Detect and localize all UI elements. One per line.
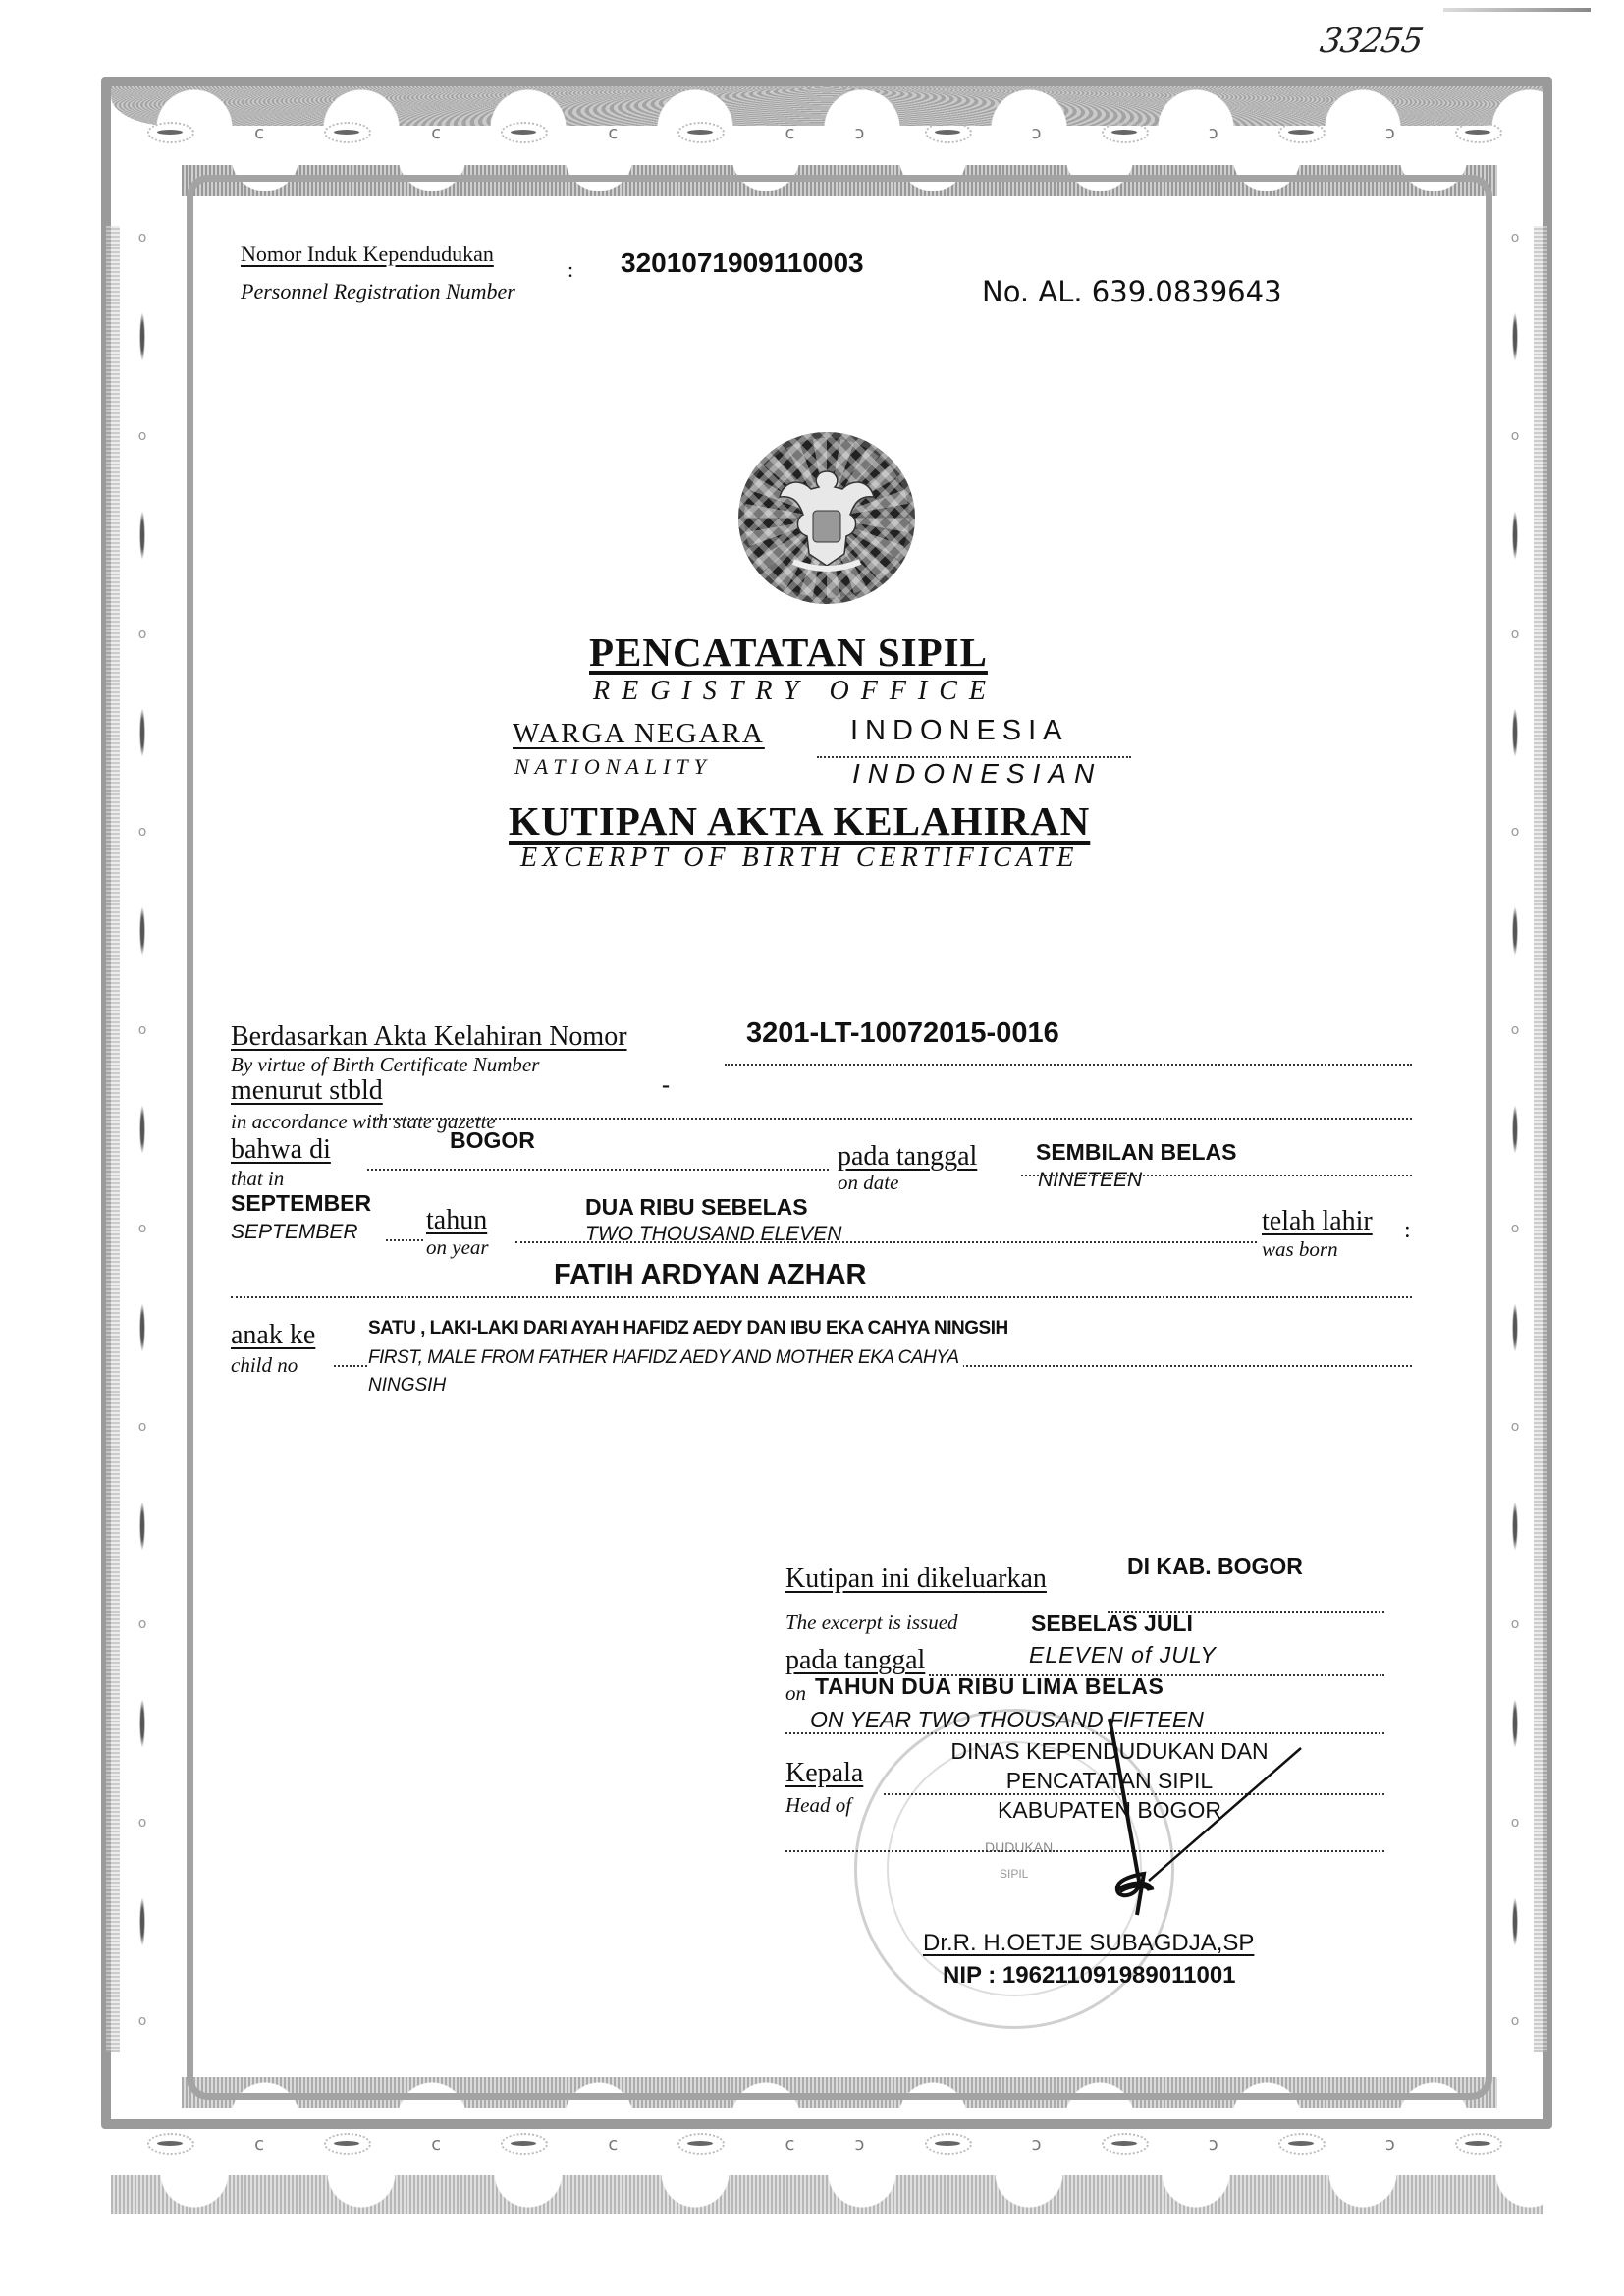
- birth-month-value: SEPTEMBER: [231, 1190, 371, 1217]
- ornament-o-icon: o: [138, 428, 147, 444]
- serial-number: No. AL. 639.0839643: [982, 275, 1282, 308]
- birth-year-label-english: on year: [426, 1235, 489, 1260]
- birth-place-label: bahwa di: [231, 1134, 331, 1166]
- birth-month-value-english: SEPTEMBER: [231, 1221, 358, 1244]
- birth-month-dotted-line: [386, 1239, 423, 1241]
- signatory-name: Dr.R. H.OETJE SUBAGDJA,SP: [923, 1930, 1254, 1957]
- ornament-o-icon: o: [1511, 1815, 1520, 1831]
- head-of-label: Kepala: [785, 1758, 863, 1789]
- state-gazette-label: menurut stbld: [231, 1075, 383, 1107]
- was-born-label-english: was born: [1262, 1237, 1338, 1262]
- ornament-spindle-icon: [1512, 1303, 1518, 1352]
- ornament-spindle-icon: [1512, 906, 1518, 956]
- ornament-c-icon: ɔ: [1385, 2134, 1395, 2155]
- ornament-eye-icon: [1278, 2133, 1326, 2155]
- issued-date-value: SEBELAS JULI: [1031, 1611, 1193, 1637]
- birth-date-label: pada tanggal: [838, 1141, 977, 1173]
- signatory-nip: NIP : 196211091989011001: [943, 1962, 1236, 1990]
- ornament-eye-icon: [925, 122, 972, 143]
- ornament-spindle-icon: [1512, 1502, 1518, 1551]
- ornament-spindle-icon: [139, 1303, 145, 1352]
- nik-label: Nomor Induk Kependudukan: [241, 242, 494, 267]
- ornament-c-icon: c: [785, 2134, 794, 2155]
- birth-cert-number-value: 3201-LT-10072015-0016: [746, 1017, 1059, 1050]
- ornament-c-icon: ɔ: [855, 123, 865, 143]
- was-born-colon: :: [1404, 1218, 1411, 1244]
- ornament-spindle-icon: [1512, 1105, 1518, 1154]
- ornament-eye-icon: [1455, 2133, 1502, 2155]
- ornament-eye-icon: [501, 122, 548, 143]
- was-born-label: telah lahir: [1262, 1206, 1373, 1237]
- ornament-eye-icon: [677, 122, 725, 143]
- nationality-label: WARGA NEGARA: [513, 718, 765, 750]
- birth-year-value-english: TWO THOUSAND ELEVEN: [585, 1223, 841, 1246]
- top-ornament-row: c c c c ɔ ɔ ɔ ɔ: [147, 118, 1502, 147]
- ornament-spindle-icon: [139, 1897, 145, 1946]
- ornament-o-icon: o: [1511, 1616, 1520, 1632]
- nationality-value-english: INDONESIAN: [852, 758, 1102, 790]
- state-gazette-dotted-line: [368, 1118, 1412, 1120]
- issued-date-value-english: ELEVEN of JULY: [1029, 1642, 1217, 1668]
- stamp-text-secondary: SIPIL: [1000, 1867, 1028, 1881]
- head-of-label-english: Head of: [785, 1793, 851, 1818]
- document-title: KUTIPAN AKTA KELAHIRAN: [509, 797, 1090, 845]
- child-order-label: anak ke: [231, 1320, 315, 1351]
- birth-year-label: tahun: [426, 1205, 487, 1236]
- scan-edge-strip: [1443, 8, 1591, 12]
- ornament-o-icon: o: [1511, 230, 1520, 246]
- ornament-o-icon: o: [1511, 824, 1520, 840]
- birth-date-label-english: on date: [838, 1171, 898, 1195]
- birth-date-value-english: NINETEEN: [1038, 1169, 1142, 1192]
- eagle-icon: [774, 460, 880, 575]
- ornament-c-icon: ɔ: [1209, 123, 1218, 143]
- cert-number-dotted-line: [725, 1064, 1412, 1066]
- ornament-o-icon: o: [138, 627, 147, 642]
- ornament-o-icon: o: [138, 1616, 147, 1632]
- state-gazette-value: -: [662, 1072, 670, 1099]
- child-order-value-english-continued: NINGSIH: [368, 1375, 446, 1396]
- child-order-label-english: child no: [231, 1353, 298, 1378]
- ornament-spindle-icon: [139, 511, 145, 560]
- right-ornament-column: o o o o o o o o o o: [1500, 196, 1530, 2062]
- birth-cert-number-label: Berdasarkan Akta Kelahiran Nomor: [231, 1021, 627, 1053]
- ornament-o-icon: o: [138, 824, 147, 840]
- ornament-spindle-icon: [1512, 1699, 1518, 1748]
- ornament-eye-icon: [501, 2133, 548, 2155]
- ornament-c-icon: ɔ: [1209, 2134, 1218, 2155]
- nik-label-english: Personnel Registration Number: [241, 279, 515, 304]
- ornament-eye-icon: [147, 2133, 194, 2155]
- ornament-eye-icon: [925, 2133, 972, 2155]
- ornament-eye-icon: [1102, 2133, 1149, 2155]
- ornament-eye-icon: [1102, 122, 1149, 143]
- ornament-o-icon: o: [138, 1022, 147, 1038]
- ornament-spindle-icon: [139, 312, 145, 361]
- garuda-pancasila-emblem-icon: [738, 432, 915, 604]
- ornament-c-icon: ɔ: [1032, 2134, 1042, 2155]
- ornament-o-icon: o: [138, 2013, 147, 2029]
- issued-date-label: pada tanggal: [785, 1645, 925, 1676]
- ornament-o-icon: o: [138, 230, 147, 246]
- registry-office-title: PENCATATAN SIPIL: [589, 629, 988, 676]
- right-guilloche-strip: [1534, 226, 1547, 2052]
- ornament-eye-icon: [147, 122, 194, 143]
- issued-at-label-english: The excerpt is issued: [785, 1611, 958, 1635]
- ornament-o-icon: o: [138, 1221, 147, 1236]
- ornament-c-icon: c: [785, 123, 794, 143]
- issued-date-label-english: on: [785, 1681, 806, 1706]
- ornament-o-icon: o: [1511, 627, 1520, 642]
- nationality-value: INDONESIA: [850, 715, 1069, 747]
- document-title-english: EXCERPT OF BIRTH CERTIFICATE: [520, 843, 1079, 874]
- ornament-c-icon: c: [431, 2134, 441, 2155]
- birth-place-dotted-line: [367, 1169, 829, 1171]
- handwritten-signature-icon: [1060, 1709, 1335, 1935]
- left-guilloche-strip: [106, 226, 120, 2052]
- ornament-eye-icon: [324, 2133, 371, 2155]
- nik-colon: :: [568, 257, 573, 283]
- ornament-spindle-icon: [1512, 708, 1518, 757]
- registry-office-subtitle: REGISTRY OFFICE: [593, 676, 998, 707]
- handwritten-reference-number: 33255: [1317, 22, 1425, 61]
- left-ornament-column: o o o o o o o o o o: [128, 196, 157, 2062]
- ornament-c-icon: c: [608, 123, 618, 143]
- ornament-eye-icon: [324, 122, 371, 143]
- ornament-spindle-icon: [1512, 1897, 1518, 1946]
- ornament-eye-icon: [1278, 122, 1326, 143]
- ornament-c-icon: ɔ: [1032, 123, 1042, 143]
- bottom-guilloche-band: [111, 2175, 1543, 2214]
- ornament-c-icon: c: [254, 123, 264, 143]
- ornament-o-icon: o: [1511, 2013, 1520, 2029]
- birth-place-label-english: that in: [231, 1167, 284, 1191]
- ornament-c-icon: ɔ: [1385, 123, 1395, 143]
- issued-at-value: DI KAB. BOGOR: [1127, 1554, 1303, 1580]
- ornament-c-icon: c: [254, 2134, 264, 2155]
- issued-year-value: TAHUN DUA RIBU LIMA BELAS: [815, 1673, 1164, 1700]
- ornament-c-icon: c: [431, 123, 441, 143]
- birth-cert-number-label-english: By virtue of Birth Certificate Number: [231, 1053, 539, 1077]
- ornament-o-icon: o: [138, 1419, 147, 1435]
- ornament-o-icon: o: [1511, 1022, 1520, 1038]
- ornament-spindle-icon: [1512, 312, 1518, 361]
- nik-value: 3201071909110003: [621, 247, 864, 279]
- birth-year-value: DUA RIBU SEBELAS: [585, 1194, 808, 1221]
- bottom-ornament-row: c c c c ɔ ɔ ɔ ɔ: [147, 2129, 1502, 2159]
- ornament-c-icon: ɔ: [855, 2134, 865, 2155]
- child-order-value-english: FIRST, MALE FROM FATHER HAFIDZ AEDY AND …: [368, 1347, 963, 1369]
- child-name-value: FATIH ARDYAN AZHAR: [554, 1259, 866, 1291]
- ornament-o-icon: o: [1511, 428, 1520, 444]
- ornament-spindle-icon: [139, 906, 145, 956]
- stamp-text: DUDUKAN: [985, 1839, 1053, 1855]
- birth-date-value: SEMBILAN BELAS: [1036, 1139, 1236, 1166]
- ornament-eye-icon: [677, 2133, 725, 2155]
- ornament-spindle-icon: [1512, 511, 1518, 560]
- ornament-o-icon: o: [1511, 1221, 1520, 1236]
- ornament-c-icon: c: [608, 2134, 618, 2155]
- ornament-spindle-icon: [139, 1699, 145, 1748]
- nationality-label-english: NATIONALITY: [514, 754, 712, 780]
- child-name-dotted-line: [231, 1296, 1412, 1298]
- ornament-spindle-icon: [139, 708, 145, 757]
- issued-at-label: Kutipan ini dikeluarkan: [785, 1563, 1047, 1595]
- birth-place-value: BOGOR: [450, 1127, 535, 1154]
- ornament-o-icon: o: [138, 1815, 147, 1831]
- ornament-spindle-icon: [139, 1502, 145, 1551]
- ornament-eye-icon: [1455, 122, 1502, 143]
- ornament-o-icon: o: [1511, 1419, 1520, 1435]
- ornament-spindle-icon: [139, 1105, 145, 1154]
- child-order-value: SATU , LAKI-LAKI DARI AYAH HAFIDZ AEDY D…: [368, 1318, 1008, 1339]
